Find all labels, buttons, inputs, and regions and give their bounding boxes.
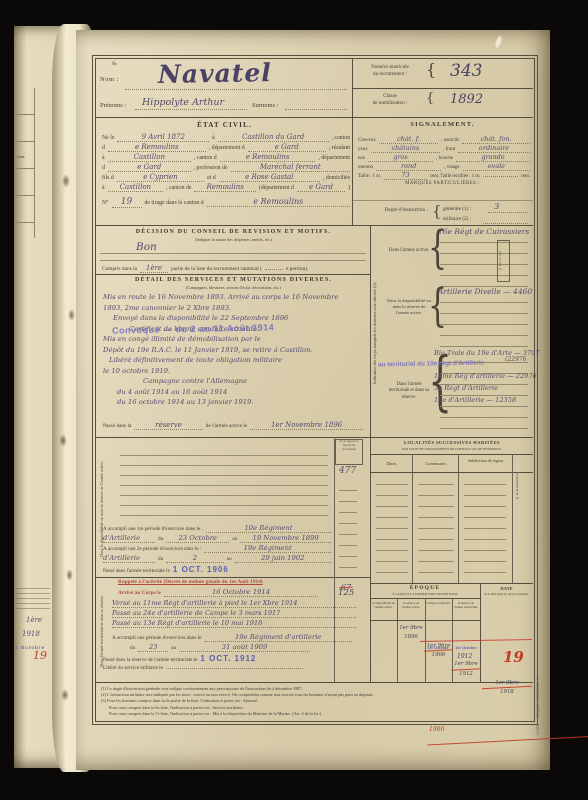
localites-col-divider	[412, 454, 413, 583]
printed-label: (département d	[259, 185, 294, 191]
handwritten-value: Castillon	[108, 153, 191, 162]
handwritten-value: 19e Régiment d'artillerie	[204, 633, 352, 642]
handwritten-value: e Remoulins	[220, 153, 316, 162]
printed-label: Cheveux	[358, 138, 376, 143]
etat-civil-line: à Castillon , canton de Remoulins (dépar…	[102, 183, 350, 192]
tirage-canton: e Remoulins	[207, 197, 350, 207]
previous-page-print-fragment	[16, 588, 50, 610]
service-entry: 1893, 2me canonnier le 2 Xbre 1893.	[103, 304, 365, 315]
handwritten-value: Castillon du Gard	[218, 133, 329, 142]
printed-label: d	[102, 165, 105, 171]
surnoms-label: Surnoms :	[252, 102, 279, 109]
handwritten-value: 1er Novembre 1896	[250, 421, 363, 430]
tirage-line: N° 19 de tirage dans le canton d e Remou…	[102, 197, 350, 208]
corps-margin-number: (22976	[505, 356, 526, 363]
localites-col-divider	[512, 454, 513, 583]
service-entry: Mis en congé illimité de démobilisation …	[103, 335, 365, 346]
printed-label: , profession de	[194, 165, 228, 171]
handwritten-value: e Gard	[108, 163, 191, 172]
signalement-line: menton rond , visage ovale	[358, 162, 530, 171]
degre-brace: {	[432, 204, 442, 219]
corps-dispo-label: Dans la disponibilité ou dans la réserve…	[386, 298, 432, 317]
photographed-register-scan: cent. 1ère 1918 1 Octobre 19 № Nom : Nav…	[0, 0, 588, 800]
epoque-title: ÉPOQUE	[370, 585, 480, 591]
degre-militaire-rule	[483, 221, 528, 224]
corps-terr-label: Dans l'armée territoriale et dans sa rés…	[388, 382, 430, 401]
printed-label: au	[227, 556, 232, 562]
signalement-line: yeux châtains , front ordinaire	[358, 144, 530, 153]
printed-label: menton	[358, 165, 373, 170]
printed-label: de tirage dans le canton d	[145, 200, 204, 206]
printed-label: du	[158, 536, 163, 542]
disponibilite-empty-rules	[120, 446, 328, 520]
handwritten-value: chât. f.	[379, 135, 438, 144]
epoque-liberation-year: 19	[503, 648, 524, 666]
degre-generale-label: générale (1) :	[443, 206, 471, 212]
date-stamp: 1 OCT. 1906	[173, 565, 229, 574]
handwritten-value: 19 Novembre 1899	[240, 534, 331, 543]
territoriale-entry: Passé au 13e Régt d'artillerie le 10 mai…	[112, 619, 356, 628]
form-mark: №	[112, 62, 117, 67]
matricule-label-line2: du recrutement :	[356, 71, 424, 78]
compris-value: 1ère	[140, 264, 168, 273]
handwritten-value: 31 août 1909	[179, 643, 310, 652]
degre-generale-rule	[488, 210, 528, 213]
epoque-col2-header: la réserve de l'armée active.	[398, 601, 424, 609]
epoque-year-corrected: 1912	[457, 653, 472, 660]
territoriale-vertical-label: Dans l'armée territoriale et dans sa rés…	[99, 585, 112, 677]
printed-label: à	[212, 135, 215, 141]
matricule-value: 343	[450, 61, 482, 81]
corps-terr-entry: 19e d'Artillerie — 12358	[434, 396, 516, 404]
corps-terr-entry: 3e Régt d'Artillerie	[434, 384, 498, 392]
printed-label: N°	[102, 200, 109, 206]
localites-col-communes: Communes.	[414, 461, 458, 466]
territoriale-periode-line1: A accompli une période d'exercices dans …	[112, 633, 352, 642]
epoque-date-subheader: de la libération du service militaire.	[483, 592, 530, 596]
printed-label: , canton d	[194, 155, 217, 161]
printed-label: partie de la liste du recrutement canton…	[171, 266, 262, 272]
handwritten-value: 29 juin 1902	[235, 554, 331, 563]
handwritten-value: 23	[138, 643, 168, 652]
printed-label: Passé dans la réserve de l'armée territo…	[103, 657, 197, 663]
page-side-caption: Gard. — Registre matricule. 9	[536, 595, 546, 735]
handwritten-value: e Gard	[248, 143, 326, 152]
printed-label: à	[102, 155, 105, 161]
handwritten-value: ovale	[463, 162, 530, 171]
corps-active-rules	[440, 232, 528, 288]
handwritten-value: d'Artillerie	[103, 534, 155, 543]
header-bottom-border	[95, 117, 533, 118]
printed-label: au	[171, 645, 176, 651]
printed-label: cent.	[521, 174, 530, 179]
service-entry: le 10 octobre 1919.	[103, 367, 365, 378]
section-border	[95, 577, 370, 578]
printed-label: Compris dans la	[102, 266, 137, 272]
printed-label: , résidant	[329, 145, 350, 151]
section-border	[95, 682, 533, 683]
classe-label-line1: Classe	[356, 93, 424, 100]
etat-civil-line: fils d e Cyprien et d e Rose Gastal , do…	[102, 173, 350, 182]
periode2-line2: d'Artillerie du 2 au 29 juin 1902	[103, 554, 331, 563]
epoque-subtitle: À LAQUELLE L'HOMME DOIT PASSER DANS	[370, 592, 480, 596]
signalement-line: Cheveux chât. f. , sourcils chât. fon.	[358, 135, 530, 144]
localites-header-top	[370, 454, 533, 455]
printed-label: , sourcils	[441, 138, 459, 143]
section-border	[95, 225, 533, 226]
handwritten-value: châtains	[371, 144, 440, 153]
corps-dispo-value: Artillerie Divelle — 4460	[438, 287, 532, 296]
printed-label: , domiciliés	[323, 175, 350, 181]
printed-label: Libéré du service militaire le	[103, 665, 163, 671]
classe-value: 1892	[450, 92, 483, 107]
service-entry: du 4 août 1914 au 16 août 1914	[103, 388, 365, 399]
arrive-au-corps-line: Arrivé au Corps le 16 Octobre 1914	[118, 588, 318, 597]
localites-col-numero: № de la subdivision.	[515, 456, 530, 516]
printed-label: , département d	[209, 145, 245, 151]
handwritten-value: e Cyprien	[117, 173, 204, 182]
printed-label: , canton de	[166, 185, 191, 191]
printed-label: , bouche	[436, 156, 453, 161]
section-border	[370, 437, 533, 438]
service-entry: Dépôt du 19e R.A.C. le 11 Janvier 1919, …	[103, 346, 365, 357]
prenoms-rule	[135, 106, 247, 110]
decision-title: DÉCISION DU CONSEIL DE REVISION ET MOTIF…	[97, 229, 370, 235]
surnoms-rule	[285, 106, 347, 110]
etat-civil-line: d e Gard , profession de Maréchal ferran…	[102, 163, 350, 172]
repertoire-column-rules	[339, 480, 357, 575]
signalement-divider	[352, 200, 533, 201]
localites-rows-subdivision	[464, 474, 506, 581]
periode2-line1: A accompli une 2e période d'exercices da…	[103, 544, 331, 553]
passe-reserve-line: Passé dans la réserve de l'armée active …	[103, 421, 363, 430]
services-entries: Mis en route le 16 Novembre 1893. Arrivé…	[103, 293, 365, 409]
printed-label: du	[130, 645, 135, 651]
blank-rule	[483, 176, 518, 177]
service-entry: Campagne contre l'Allemagne	[103, 377, 365, 388]
margin-number: 125	[338, 588, 354, 598]
previous-page-red-number: 19	[33, 649, 47, 662]
paper-damage-spot	[62, 174, 70, 188]
handwritten-value: Remoulins	[194, 183, 256, 192]
nom-label: Nom :	[100, 76, 119, 83]
localites-subtitle: PAR SUITE DE CHANGEMENTS DE DOMICILE OU …	[372, 447, 532, 451]
handwritten-value: réserve	[134, 421, 202, 430]
prenoms-label: Prénoms :	[100, 102, 126, 109]
corps-active-value: 16e Régt de Cuirassiers	[438, 227, 529, 236]
service-entry: du 16 octobre 1914 au 13 janvier 1919.	[103, 398, 365, 409]
previous-page-handwriting-fragment: 1ère	[26, 616, 42, 624]
matricule-label-line1: Numéro matricule	[356, 64, 424, 71]
handwritten-value: 9 Avril 1872	[117, 133, 209, 142]
decision-value: Bon	[136, 241, 157, 253]
marques-label: MARQUES PARTICULIÈRES :	[352, 181, 533, 186]
printed-label: , visage	[444, 165, 459, 170]
periode1-line2: d'Artillerie du 23 Octobre au 19 Novembr…	[103, 534, 331, 543]
degre-militaire-label: militaire (2) :	[443, 216, 471, 222]
header-row-divider	[352, 88, 533, 89]
printed-label: de l'armée active le	[206, 423, 248, 429]
taille-line: Taille : 1 m. 73 cent. Taille rectifiée …	[358, 171, 530, 180]
previous-page-table-fragment	[16, 88, 35, 238]
territoriale-periode-line2: du 23 au 31 août 1909	[130, 643, 310, 652]
printed-label: Né le	[102, 135, 114, 141]
epoque-date-part: 1906	[426, 651, 451, 660]
printed-label: au	[232, 536, 237, 542]
printed-label: Taille : 1 m.	[358, 174, 381, 179]
epoque-reserve-active-value: 1er 9bre 1896	[398, 624, 424, 642]
epoque-territoriale-value: 1er 9bre 1906	[426, 642, 451, 660]
localites-rows-communes	[418, 474, 454, 581]
printed-label: e portion).	[286, 266, 308, 272]
services-subtitle: (Campagnes, blessures, actions d'éclat, …	[97, 285, 370, 290]
epoque-col3-header: l'armée territoriale.	[426, 601, 451, 605]
epoque-date-divider	[480, 583, 481, 682]
signalement-title: SIGNALEMENT.	[352, 121, 533, 128]
etat-signalement-divider	[352, 117, 353, 225]
epoque-year-corrected: 1906	[429, 726, 588, 733]
etat-civil-line: à Castillon , canton d e Remoulins , dép…	[102, 153, 350, 162]
territoriale-margin-divider	[334, 577, 335, 682]
handwritten-value: gros	[368, 153, 433, 162]
services-title: DÉTAIL DES SERVICES ET MUTATIONS DIVERSE…	[97, 277, 370, 283]
handwritten-value: 19e Régiment	[204, 544, 331, 553]
paper-damage-spot	[68, 309, 75, 321]
printed-label: fils d	[102, 175, 114, 181]
arrive-value: 16 Octobre 1914	[164, 588, 318, 597]
paper-damage-spot	[61, 689, 69, 701]
localites-bottom-border	[370, 583, 533, 584]
compris-line: Compris dans la 1ère partie de la liste …	[102, 264, 364, 273]
printed-label: )	[348, 185, 350, 191]
handwritten-value: d'Artillerie	[103, 554, 155, 563]
printed-label: yeux	[358, 147, 368, 152]
previous-page-handwriting-fragment: 1918	[22, 630, 40, 638]
footer-notes: (1) Le degré d'instruction générale sera…	[101, 686, 529, 717]
territoriale-entry: Versé au 11me Régt d'artillerie à pied l…	[112, 599, 356, 608]
paper-damage-spot	[66, 569, 73, 581]
classe-brace: {	[426, 92, 434, 105]
nom-value: Navatel	[158, 58, 272, 89]
passe-reserve-territoriale-line: Passé dans la réserve de l'armée territo…	[103, 654, 343, 663]
repertoire-header: № au répertoire spécial du recrutement	[335, 439, 363, 465]
rappel-activite-label: Rappelé à l'activité (Décret de mobon gé…	[118, 579, 263, 585]
handwritten-value: grande	[456, 153, 530, 162]
printed-label: , canton	[332, 135, 350, 141]
printed-label: cent. Taille rectifiée : 1 m.	[430, 174, 480, 179]
handwritten-value: rond	[376, 162, 441, 171]
corps-dispo-rules	[440, 292, 528, 347]
localites-col-divider	[458, 454, 459, 583]
epoque-date-part: 1er 9bre	[453, 660, 479, 669]
epoque-date-part: 1er 9bre	[398, 624, 424, 633]
etat-civil-line: d e Remoulins , département d e Gard , r…	[102, 143, 350, 152]
printed-label: Passé dans la	[103, 423, 131, 429]
epoque-col1-header: la disponibilité de l'armée active.	[371, 601, 396, 609]
repertoire-value: 477	[339, 466, 356, 476]
printed-label: Passé dans l'armée territoriale le	[103, 568, 170, 574]
matricule-brace: {	[426, 62, 436, 78]
handwritten-value: e Remoulins	[108, 143, 206, 152]
previous-page-cent-fragment: cent.	[17, 154, 26, 159]
printed-label: du	[158, 556, 163, 562]
section-border	[95, 437, 370, 438]
handwritten-value: 2	[166, 554, 223, 563]
epoque-reserve-territoriale-value: 1er 9bre 1912	[453, 660, 479, 678]
decision-rule	[100, 260, 366, 261]
printed-label: d	[102, 145, 105, 151]
signalement-line: nez gros , bouche grande	[358, 153, 530, 162]
octobre-stamp: 1er Octobre	[424, 646, 452, 650]
corps-vertical-label: Indication des corps auxquels les hommes…	[372, 230, 384, 435]
printed-label: A accompli une période d'exercices dans …	[112, 635, 201, 641]
handwritten-value: 10e Régiment	[206, 524, 331, 533]
octobre-stamp: 1er Octobre	[452, 646, 480, 650]
handwritten-value: ordinaire	[458, 144, 530, 153]
etat-civil-line: Né le 9 Avril 1872 à Castillon du Gard ,…	[102, 133, 350, 142]
handwritten-value: 23 Octobre	[166, 534, 229, 543]
handwritten-value: e Gard	[297, 183, 345, 192]
printed-label: , front	[443, 147, 455, 152]
footer-note: Pour ceux compris dans la 7e liste, l'in…	[101, 711, 529, 717]
handwritten-value: e Rose Gastal	[219, 173, 320, 182]
blank-rule	[265, 269, 283, 270]
section-border	[95, 274, 370, 275]
tirage-number: 19	[112, 197, 142, 208]
printed-label: nez	[358, 156, 365, 161]
territoriale-entry: Passé au 24e d'artillerie de Campe le 3 …	[112, 609, 356, 618]
localites-rows-dates	[376, 474, 408, 581]
service-entry: Mis en route le 16 Novembre 1893. Arrivé…	[103, 293, 365, 304]
service-entry: Libéré définitivement de toute obligatio…	[103, 356, 365, 367]
epoque-date-part: 1912	[453, 670, 479, 679]
printed-label: , département	[318, 155, 350, 161]
corps-active-label: Dans l'armée active.	[388, 248, 430, 255]
matricule-label: Numéro matricule du recrutement :	[356, 64, 424, 78]
localites-title: LOCALITÉS SUCCESSIVES HABITÉES	[372, 440, 532, 445]
classe-label-line2: de mobilisation :	[356, 100, 424, 107]
etat-civil-title: ÉTAT CIVIL.	[97, 121, 352, 129]
printed-label: A accompli une 2e période d'exercices da…	[103, 546, 201, 552]
corps-matricule-mini-label: № mle au corps	[497, 240, 510, 282]
taille-value: 73	[384, 171, 427, 180]
corps-terr-entry: 11me Rég d'artillerie — 22976	[434, 372, 537, 380]
handwritten-value: Maréchal ferrant	[231, 163, 350, 172]
blank-rule	[166, 668, 303, 669]
periode1-line1: A accompli une 1re période d'exercices d…	[103, 524, 331, 533]
passe-territoriale-line: Passé dans l'armée territoriale le 1 OCT…	[103, 565, 331, 574]
degre-label: Degré d'instruction :	[374, 207, 428, 214]
localites-col-dates: Dates.	[372, 461, 412, 466]
handwritten-value: Castillon	[108, 183, 164, 192]
decision-rule	[100, 253, 366, 254]
printed-label: à	[102, 185, 105, 191]
printed-label: et d	[207, 175, 216, 181]
libere-line: Libéré du service militaire le	[103, 665, 303, 671]
handwritten-value: chât. fon.	[462, 135, 530, 144]
printed-label: A accompli une 1re période d'exercices d…	[103, 526, 203, 532]
paper-damage-spot	[59, 434, 67, 447]
epoque-header-bottom	[370, 620, 480, 621]
localites-header-bottom	[370, 472, 533, 473]
arrive-label: Arrivé au Corps le	[118, 590, 161, 596]
epoque-col4-header: la réserve de l'armée territoriale.	[453, 601, 479, 609]
epoque-date-header: DATE	[482, 586, 531, 591]
date-stamp: 1 OCT. 1912	[200, 654, 256, 663]
classe-label: Classe de mobilisation :	[356, 93, 424, 107]
localites-col-subdivision: Subdivision de région.	[460, 458, 512, 463]
nom-rule	[125, 86, 347, 90]
